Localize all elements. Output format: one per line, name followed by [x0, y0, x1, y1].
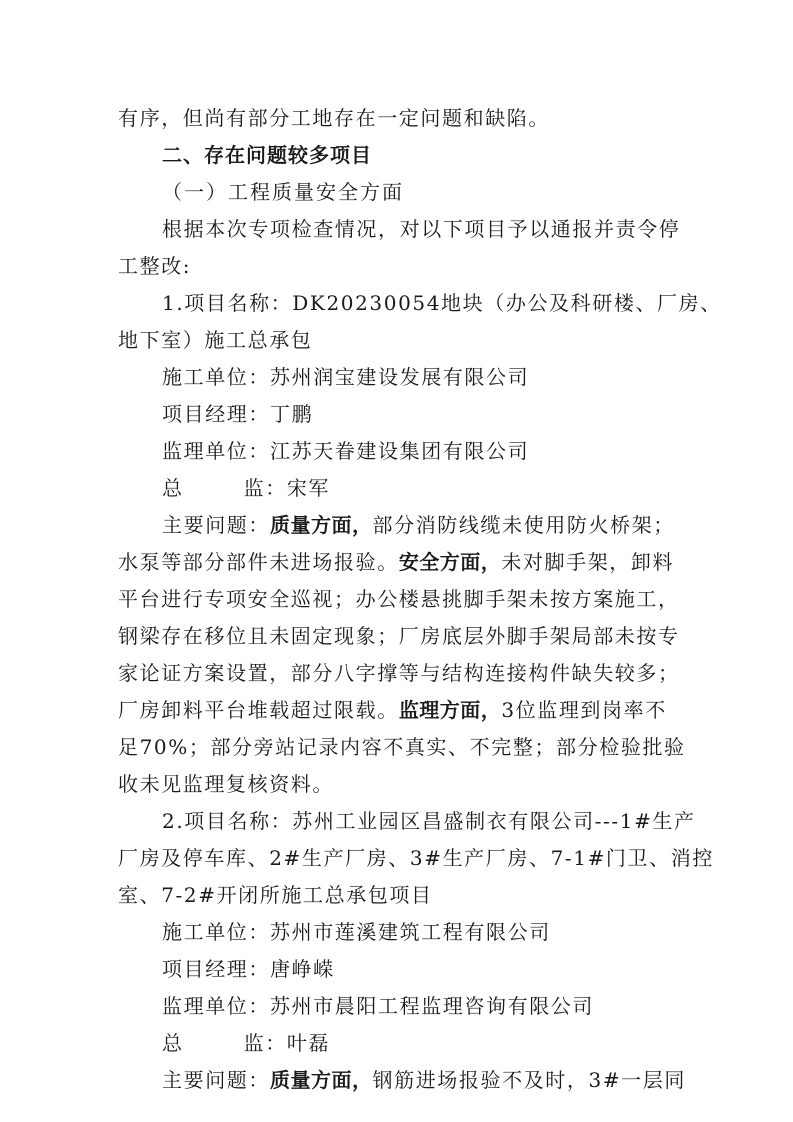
document-page: 有序，但尚有部分工地存在一定问题和缺陷。 二、存在问题较多项目 （一）工程质量安… [118, 100, 674, 1099]
chief-label-a: 总 [162, 476, 184, 500]
quality-label: 质量方面， [270, 513, 373, 537]
supervisor-unit-value: 江苏天眷建设集团有限公司 [270, 439, 529, 463]
project-title-line-2: 地下室）施工总承包 [118, 322, 674, 359]
supervisor-unit-row: 监理单位：苏州市晨阳工程监理咨询有限公司 [118, 988, 674, 1025]
project-title-line-1: 2.项目名称：苏州工业园区昌盛制衣有限公司---1#生产 [118, 803, 674, 840]
section-heading: 二、存在问题较多项目 [118, 137, 674, 174]
supervisor-unit-label: 监理单位： [162, 439, 270, 463]
issues-line-5: 家论证方案设置，部分八字撑等与结构连接构件缺失较多； [118, 655, 674, 692]
manager-label: 项目经理： [162, 957, 270, 981]
issues-line-8: 收未见监理复核资料。 [118, 766, 674, 803]
manager-row: 项目经理：唐峥嵘 [118, 951, 674, 988]
chief-value: 叶磊 [287, 1031, 330, 1055]
manager-label: 项目经理： [162, 402, 270, 426]
lead-paragraph-line-1: 根据本次专项检查情况，对以下项目予以通报并责令停 [118, 211, 674, 248]
supervision-label: 监理方面， [399, 698, 502, 722]
issues-line-2: 水泵等部分部件未进场报验。安全方面，未对脚手架，卸料 [118, 544, 674, 581]
contractor-value: 苏州市莲溪建筑工程有限公司 [270, 920, 551, 944]
chief-value: 宋军 [287, 476, 330, 500]
quality-label: 质量方面， [270, 1068, 373, 1092]
contractor-value: 苏州润宝建设发展有限公司 [270, 365, 529, 389]
chief-supervisor-row: 总监：宋军 [118, 470, 674, 507]
lead-paragraph-line-2: 工整改: [118, 248, 674, 285]
project-title-line-2: 厂房及停车库、2#生产厂房、3#生产厂房、7-1#门卫、消控 [118, 840, 674, 877]
issues-text: 厂房卸料平台堆载超过限载。 [118, 698, 399, 722]
manager-row: 项目经理：丁鹏 [118, 396, 674, 433]
subsection-heading: （一）工程质量安全方面 [118, 174, 674, 211]
issues-line-6: 厂房卸料平台堆载超过限载。监理方面，3位监理到岗率不 [118, 692, 674, 729]
issues-text: 3位监理到岗率不 [501, 698, 667, 722]
issues-line-1: 主要问题：质量方面，部分消防线缆未使用防火桥架； [118, 507, 674, 544]
issues-line-7: 足70%；部分旁站记录内容不真实、不完整；部分检验批验 [118, 729, 674, 766]
project-title-line-3: 室、7-2#开闭所施工总承包项目 [118, 877, 674, 914]
issues-text: 钢筋进场报验不及时，3#一层同 [373, 1068, 686, 1092]
issues-label: 主要问题： [162, 513, 270, 537]
issues-line-1: 主要问题：质量方面，钢筋进场报验不及时，3#一层同 [118, 1062, 674, 1099]
contractor-label: 施工单位： [162, 920, 270, 944]
issues-text: 部分消防线缆未使用防火桥架； [373, 513, 675, 537]
supervisor-unit-value: 苏州市晨阳工程监理咨询有限公司 [270, 994, 594, 1018]
chief-label-b: 监： [244, 1031, 287, 1055]
chief-label-a: 总 [162, 1031, 184, 1055]
manager-value: 唐峥嵘 [270, 957, 335, 981]
issues-label: 主要问题： [162, 1068, 270, 1092]
chief-label-b: 监： [244, 476, 287, 500]
supervisor-unit-label: 监理单位： [162, 994, 270, 1018]
intro-tail-text: 有序，但尚有部分工地存在一定问题和缺陷。 [118, 100, 674, 137]
manager-value: 丁鹏 [270, 402, 313, 426]
safety-label: 安全方面， [399, 550, 502, 574]
issues-line-3: 平台进行专项安全巡视；办公楼悬挑脚手架未按方案施工， [118, 581, 674, 618]
issues-paragraph: 主要问题：质量方面，部分消防线缆未使用防火桥架； 水泵等部分部件未进场报验。安全… [118, 507, 674, 803]
issues-text: 水泵等部分部件未进场报验。 [118, 550, 399, 574]
contractor-label: 施工单位： [162, 365, 270, 389]
supervisor-unit-row: 监理单位：江苏天眷建设集团有限公司 [118, 433, 674, 470]
contractor-row: 施工单位：苏州市莲溪建筑工程有限公司 [118, 914, 674, 951]
issues-line-4: 钢梁存在移位且未固定现象；厂房底层外脚手架局部未按专 [118, 618, 674, 655]
issues-text: 未对脚手架，卸料 [501, 550, 674, 574]
chief-supervisor-row: 总监：叶磊 [118, 1025, 674, 1062]
project-title-line-1: 1.项目名称：DK20230054地块（办公及科研楼、厂房、 [118, 285, 674, 322]
contractor-row: 施工单位：苏州润宝建设发展有限公司 [118, 359, 674, 396]
project-2: 2.项目名称：苏州工业园区昌盛制衣有限公司---1#生产 厂房及停车库、2#生产… [118, 803, 674, 1099]
project-1: 1.项目名称：DK20230054地块（办公及科研楼、厂房、 地下室）施工总承包… [118, 285, 674, 803]
